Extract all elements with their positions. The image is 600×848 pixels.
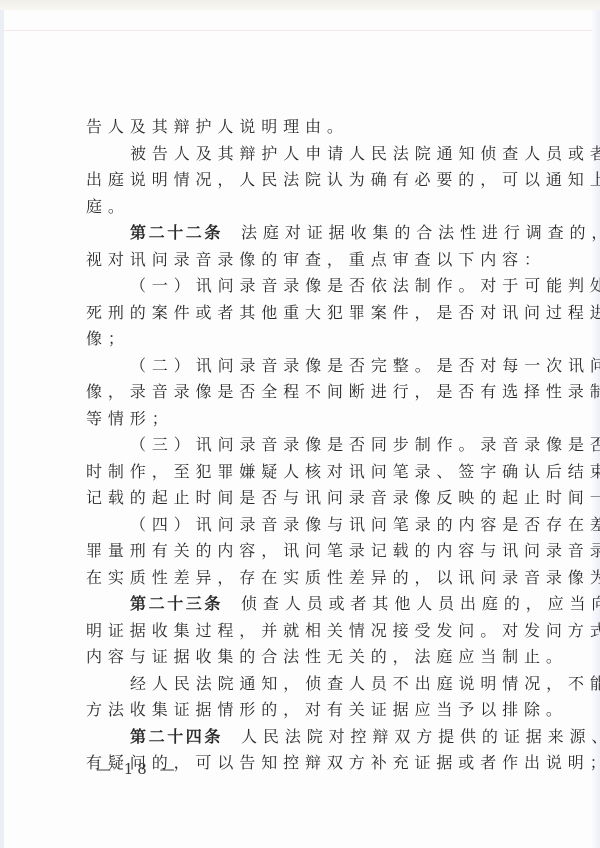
text-line: 法庭对证据收集的合法性进行调查的，应当重 xyxy=(241,223,600,242)
scan-top-band xyxy=(0,0,600,10)
text-line: 等情形； xyxy=(86,406,526,433)
article-24-heading: 第二十四条 xyxy=(130,727,223,746)
article-22-first-line: 第二十二条法庭对证据收集的合法性进行调查的，应当重 xyxy=(86,220,526,247)
text-line: （二）讯问录音录像是否完整。是否对每一次讯问过程录音录 xyxy=(86,353,526,380)
text-line: 死刑的案件或者其他重大犯罪案件，是否对讯问过程进行录音录 xyxy=(86,300,526,327)
text-line: 人民法院对控辩双方提供的证据来源、内容等 xyxy=(241,727,600,746)
text-line: 像，录音录像是否全程不间断进行，是否有选择性录制、剪接、删改 xyxy=(86,379,526,406)
text-line: 记载的起止时间是否与讯问录音录像反映的起止时间一致； xyxy=(86,485,526,512)
text-line: 内容与证据收集的合法性无关的，法庭应当制止。 xyxy=(86,644,526,671)
page-number: — 18 — xyxy=(96,760,179,778)
text-line: （三）讯问录音录像是否同步制作。录音录像是否自讯问开始 xyxy=(86,432,526,459)
scan-left-edge xyxy=(0,10,4,848)
article-24-first-line: 第二十四条人民法院对控辩双方提供的证据来源、内容等 xyxy=(86,724,526,751)
text-line: 时制作，至犯罪嫌疑人核对讯问笔录、签字确认后结束；讯问笔录 xyxy=(86,459,526,486)
text-line: 庭。 xyxy=(86,194,526,221)
scan-artifact-line xyxy=(0,30,600,31)
text-line: 被告人及其辩护人申请人民法院通知侦查人员或者其他人员 xyxy=(86,141,526,168)
article-23-first-line: 第二十三条侦查人员或者其他人员出庭的，应当向法庭说 xyxy=(86,591,526,618)
text-line: 在实质性差异，存在实质性差异的，以讯问录音录像为准。 xyxy=(86,565,526,592)
document-body: 告人及其辩护人说明理由。 被告人及其辩护人申请人民法院通知侦查人员或者其他人员 … xyxy=(86,114,526,777)
text-line: 视对讯问录音录像的审查，重点审查以下内容： xyxy=(86,247,526,274)
text-line: 像； xyxy=(86,326,526,353)
text-line: 经人民法院通知，侦查人员不出庭说明情况，不能排除以非法 xyxy=(86,671,526,698)
text-line: 罪量刑有关的内容，讯问笔录记载的内容与讯问录音录像是否存 xyxy=(86,538,526,565)
text-line: 明证据收集过程，并就相关情况接受发问。对发问方式不当或者 xyxy=(86,618,526,645)
text-line: 出庭说明情况，人民法院认为确有必要的，可以通知上述人员出 xyxy=(86,167,526,194)
article-22-heading: 第二十二条 xyxy=(130,223,223,242)
article-23-heading: 第二十三条 xyxy=(130,594,223,613)
scan-right-edge xyxy=(592,10,600,848)
text-line: 告人及其辩护人说明理由。 xyxy=(86,114,526,141)
text-line: 侦查人员或者其他人员出庭的，应当向法庭说 xyxy=(241,594,600,613)
text-line: 方法收集证据情形的，对有关证据应当予以排除。 xyxy=(86,697,526,724)
text-line: （一）讯问录音录像是否依法制作。对于可能判处无期徒刑、 xyxy=(86,273,526,300)
text-line: （四）讯问录音录像与讯问笔录的内容是否存在差异。对与定 xyxy=(86,512,526,539)
